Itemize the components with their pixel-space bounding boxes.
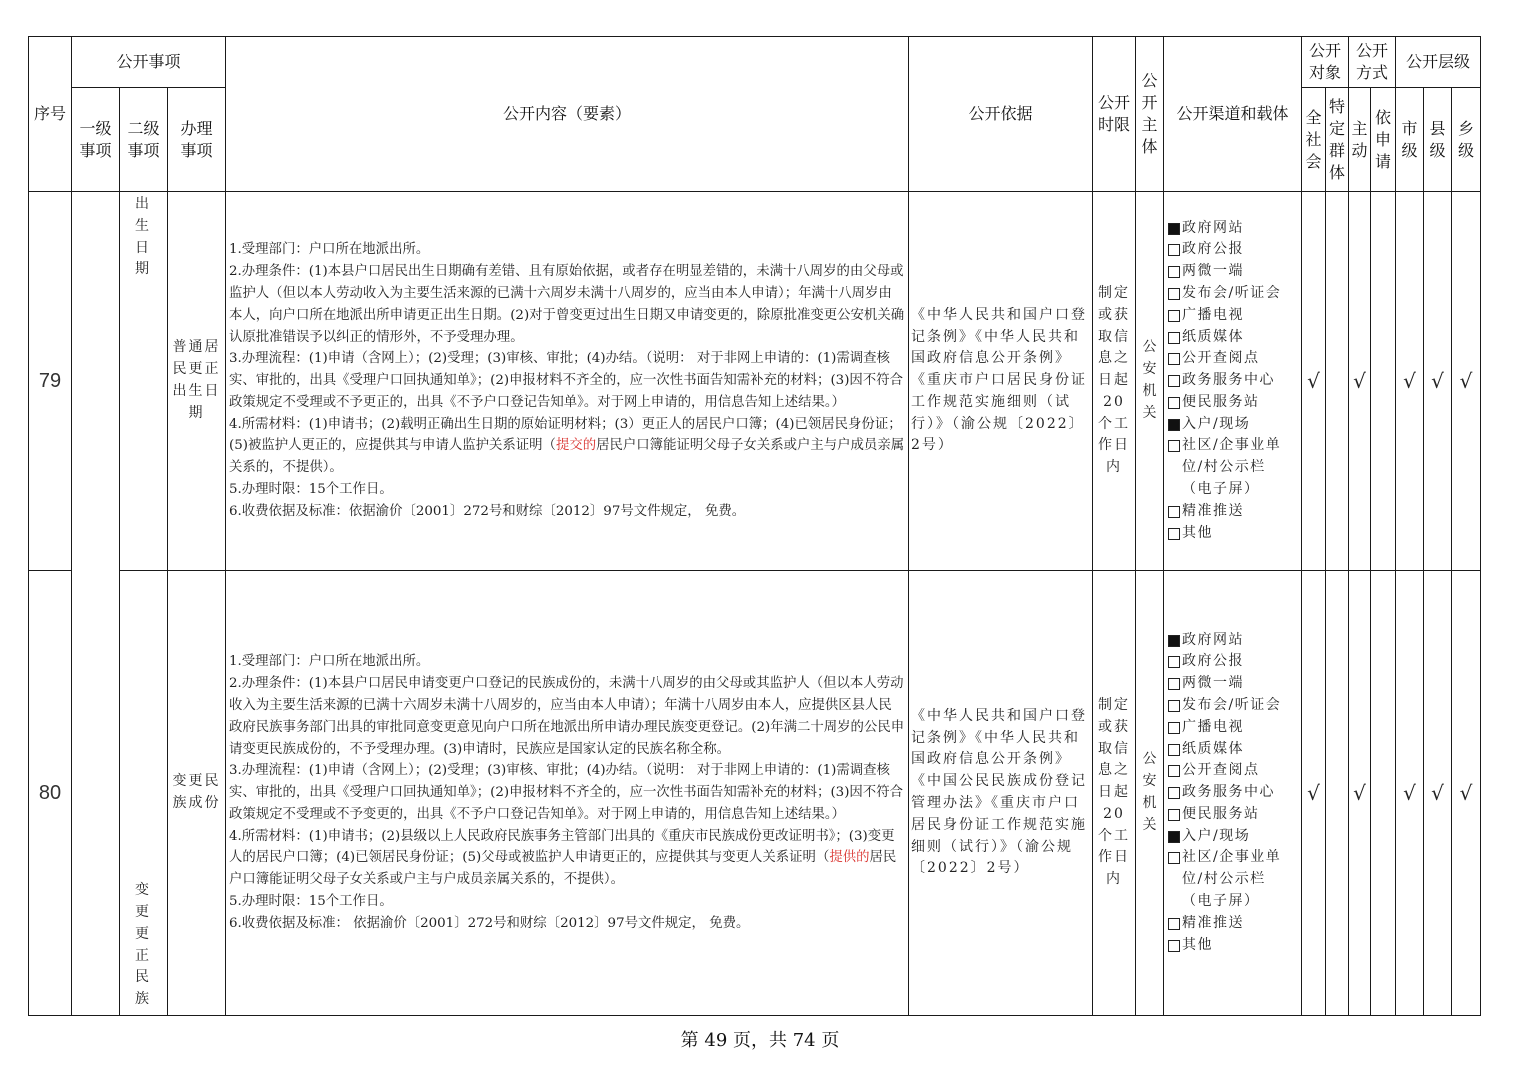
checkbox-unchecked-icon <box>1168 288 1180 300</box>
content-para-5: 5.办理时限：15个工作日。 <box>229 891 905 913</box>
table-row-79-method-request <box>1370 191 1396 571</box>
header-handling: 办理事项 <box>167 87 226 192</box>
header-channels: 公开渠道和载体 <box>1163 36 1302 192</box>
table-row-79-level-county: √ <box>1423 191 1452 571</box>
channel-label: 政务服务中心 <box>1182 370 1275 392</box>
checkbox-unchecked-icon <box>1168 397 1180 409</box>
checkbox-checked-icon <box>1168 419 1180 431</box>
checkbox-unchecked-icon <box>1168 787 1180 799</box>
table-row-79-subject: 公安机关 <box>1135 191 1164 571</box>
checkmark-icon: √ <box>1403 781 1416 805</box>
level1-merged-cell <box>71 191 120 1016</box>
content-para-6: 6.收费依据及标准： 依据渝价〔2001〕272号和财综〔2012〕97号文件规… <box>229 913 905 935</box>
header-level1: 一级事项 <box>71 87 120 192</box>
checkbox-unchecked-icon <box>1168 375 1180 387</box>
checkbox-unchecked-icon <box>1168 266 1180 278</box>
table-row-79-basis: 《中华人民共和国户口登记条例》《中华人民共和国政府信息公开条例》《重庆市户口居民… <box>908 191 1093 571</box>
channel-label: 政府网站 <box>1182 630 1244 652</box>
content-para-4-highlight: 提供的 <box>829 850 869 865</box>
content-para-2: 2.办理条件：(1)本县户口居民申请变更户口登记的民族成份的，未满十八周岁的由父… <box>229 673 905 760</box>
checkmark-icon: √ <box>1403 369 1416 393</box>
header-subject-label: 公开主体 <box>1141 70 1158 158</box>
table-row-80-content: 1.受理部门：户口所在地派出所。 2.办理条件：(1)本县户口居民申请变更户口登… <box>225 570 909 1016</box>
channel-label: 政府公报 <box>1182 651 1244 673</box>
channel-label: 政府公报 <box>1182 239 1244 261</box>
checkmark-icon: √ <box>1460 781 1473 805</box>
header-subject: 公开主体 <box>1135 36 1164 192</box>
channel-label: 精准推送 <box>1182 501 1244 523</box>
checkbox-unchecked-icon <box>1168 722 1180 734</box>
header-level2: 二级事项 <box>119 87 168 192</box>
channel-label: 社区/企事业单位/村公示栏（电子屏） <box>1182 847 1294 912</box>
header-target-specific: 特定群体 <box>1325 87 1349 192</box>
row-basis-text: 《中华人民共和国户口登记条例》《中华人民共和国政府信息公开条例》《中国公民民族成… <box>911 706 1090 880</box>
table-row-79-level-city: √ <box>1395 191 1424 571</box>
row-time-limit-text: 制定或获取信息之日起20个工作日内 <box>1098 283 1130 479</box>
channel-label: 发布会/听证会 <box>1182 283 1281 305</box>
channel-label: 政务服务中心 <box>1182 782 1275 804</box>
table-row-80-level2: 变更更正民族 <box>119 570 168 1016</box>
header-level-label: 公开层级 <box>1406 51 1470 73</box>
header-target-specific-label: 特定群体 <box>1329 96 1346 184</box>
channel-item: 其他 <box>1168 935 1213 957</box>
table-row-79-time-limit: 制定或获取信息之日起20个工作日内 <box>1092 191 1136 571</box>
page-number-footer: 第 49 页，共 74 页 <box>0 1026 1520 1052</box>
checkbox-unchecked-icon <box>1168 656 1180 668</box>
channel-item: 政务服务中心 <box>1168 370 1275 392</box>
channel-label: 其他 <box>1182 935 1213 957</box>
header-content-label: 公开内容（要素） <box>503 103 631 125</box>
row-seq-number: 80 <box>39 782 61 805</box>
row-time-limit-text: 制定或获取信息之日起20个工作日内 <box>1098 695 1130 891</box>
header-target-all-label: 全社会 <box>1305 107 1322 173</box>
content-para-1: 1.受理部门：户口所在地派出所。 <box>229 651 905 673</box>
checkbox-unchecked-icon <box>1168 440 1180 452</box>
table-row-80-subject: 公安机关 <box>1135 570 1164 1016</box>
checkbox-unchecked-icon <box>1168 244 1180 256</box>
header-basis: 公开依据 <box>908 36 1093 192</box>
channel-item: 社区/企事业单位/村公示栏（电子屏） <box>1168 435 1294 500</box>
channel-item: 两微一端 <box>1168 261 1244 283</box>
content-block: 1.受理部门：户口所在地派出所。 2.办理条件：(1)本县户口居民申请变更户口登… <box>229 651 905 934</box>
content-para-3: 3.办理流程：(1)申请（含网上）；(2)受理；(3)审核、审批；(4)办结。（… <box>229 348 905 413</box>
channel-item: 政府网站 <box>1168 218 1244 240</box>
channel-label: 社区/企事业单位/村公示栏（电子屏） <box>1182 435 1294 500</box>
checkbox-unchecked-icon <box>1168 940 1180 952</box>
header-channels-label: 公开渠道和载体 <box>1176 103 1288 125</box>
header-method-request: 依申请 <box>1370 87 1396 192</box>
table-row-79-level2: 出生日期 <box>119 191 168 571</box>
content-para-4: 4.所需材料：(1)申请书；(2)载明正确出生日期的原始证明材料；(3）更正人的… <box>229 414 905 479</box>
row-level2-label: 变更更正民族 <box>129 880 159 1011</box>
channel-label: 纸质媒体 <box>1182 739 1244 761</box>
checkbox-unchecked-icon <box>1168 332 1180 344</box>
header-target-all: 全社会 <box>1301 87 1326 192</box>
checkbox-unchecked-icon <box>1168 528 1180 540</box>
channel-item: 其他 <box>1168 523 1213 545</box>
header-method-active: 主动 <box>1348 87 1371 192</box>
table-row-80-time-limit: 制定或获取信息之日起20个工作日内 <box>1092 570 1136 1016</box>
channel-item: 政务服务中心 <box>1168 782 1275 804</box>
row-basis-text: 《中华人民共和国户口登记条例》《中华人民共和国政府信息公开条例》《重庆市户口居民… <box>911 305 1090 458</box>
checkbox-unchecked-icon <box>1168 918 1180 930</box>
checkmark-icon: √ <box>1307 781 1320 805</box>
channel-item: 公开查阅点 <box>1168 760 1260 782</box>
checkbox-unchecked-icon <box>1168 700 1180 712</box>
header-target: 公开对象 <box>1301 36 1349 88</box>
content-para-4-highlight: 提交的 <box>556 438 596 453</box>
checkbox-unchecked-icon <box>1168 310 1180 322</box>
header-level-town-label: 乡级 <box>1458 118 1475 162</box>
channel-item: 纸质媒体 <box>1168 327 1244 349</box>
table-row-79-seq: 79 <box>28 191 72 571</box>
table-row-80-target-specific <box>1325 570 1349 1016</box>
checkmark-icon: √ <box>1460 369 1473 393</box>
content-para-4-before: 4.所需材料：(1)申请书；(2)县级以上人民政府民族事务主管部门出具的《重庆市… <box>229 829 895 866</box>
channel-label: 发布会/听证会 <box>1182 695 1281 717</box>
content-para-5: 5.办理时限：15个工作日。 <box>229 479 905 501</box>
channel-item: 广播电视 <box>1168 305 1244 327</box>
header-method-label: 公开方式 <box>1354 40 1390 84</box>
channel-label: 公开查阅点 <box>1182 348 1260 370</box>
checkbox-unchecked-icon <box>1168 744 1180 756</box>
table-row-80-method-active: √ <box>1348 570 1371 1016</box>
header-public-matter-label: 公开事项 <box>116 51 180 73</box>
row-subject-text: 公安机关 <box>1142 337 1158 424</box>
header-time-limit-label: 公开时限 <box>1096 92 1132 136</box>
channel-item: 精准推送 <box>1168 501 1244 523</box>
channel-item: 广播电视 <box>1168 717 1244 739</box>
channel-label: 其他 <box>1182 523 1213 545</box>
channel-label: 精准推送 <box>1182 913 1244 935</box>
channel-item: 政府公报 <box>1168 239 1244 261</box>
table-row-80-target-all: √ <box>1301 570 1326 1016</box>
checkmark-icon: √ <box>1353 781 1366 805</box>
table-row-80-level-county: √ <box>1423 570 1452 1016</box>
table-row-79-target-all: √ <box>1301 191 1326 571</box>
table-row-80-level-city: √ <box>1395 570 1424 1016</box>
header-method: 公开方式 <box>1348 36 1396 88</box>
header-level1-label: 一级事项 <box>78 118 114 162</box>
table-row-80-handling: 变更民族成份 <box>167 570 226 1016</box>
table-row-79-handling: 普通居民更正出生日期 <box>167 191 226 571</box>
content-para-1: 1.受理部门：户口所在地派出所。 <box>229 239 905 261</box>
table-row-79-method-active: √ <box>1348 191 1371 571</box>
row-handling-label: 变更民族成份 <box>173 771 221 815</box>
content-para-2: 2.办理条件：(1)本县户口居民出生日期确有差错、且有原始依据，或者存在明显差错… <box>229 261 905 348</box>
table-row-79-channels: 政府网站 政府公报 两微一端 发布会/听证会 广播电视 纸质媒体 公开查阅点 政… <box>1163 191 1302 571</box>
header-public-matter: 公开事项 <box>71 36 226 88</box>
channel-item: 两微一端 <box>1168 673 1244 695</box>
header-method-active-label: 主动 <box>1351 118 1368 162</box>
header-level-city: 市级 <box>1395 87 1424 192</box>
table-row-79-target-specific <box>1325 191 1349 571</box>
row-seq-number: 79 <box>39 370 61 393</box>
row-subject-text: 公安机关 <box>1142 749 1158 836</box>
channel-item: 发布会/听证会 <box>1168 283 1281 305</box>
header-content: 公开内容（要素） <box>225 36 909 192</box>
header-level-county: 县级 <box>1423 87 1452 192</box>
header-level-city-label: 市级 <box>1401 118 1418 162</box>
channel-item: 便民服务站 <box>1168 804 1260 826</box>
channel-label: 公开查阅点 <box>1182 760 1260 782</box>
table-row-79-content: 1.受理部门：户口所在地派出所。 2.办理条件：(1)本县户口居民出生日期确有差… <box>225 191 909 571</box>
checkmark-icon: √ <box>1431 369 1444 393</box>
channel-label: 两微一端 <box>1182 261 1244 283</box>
checkmark-icon: √ <box>1307 369 1320 393</box>
channel-item: 公开查阅点 <box>1168 348 1260 370</box>
row-level2-label: 出生日期 <box>129 194 159 281</box>
channel-label: 广播电视 <box>1182 305 1244 327</box>
channel-item: 社区/企事业单位/村公示栏（电子屏） <box>1168 847 1294 912</box>
document-page: 序号 公开事项 一级事项 二级事项 办理事项 公开内容（要素） 公开依据 公开时… <box>0 0 1520 1074</box>
channel-label: 入户/现场 <box>1182 414 1250 436</box>
header-seq-label: 序号 <box>34 103 66 125</box>
header-level-county-label: 县级 <box>1429 118 1446 162</box>
content-para-4: 4.所需材料：(1)申请书；(2)县级以上人民政府民族事务主管部门出具的《重庆市… <box>229 826 905 891</box>
content-para-6: 6.收费依据及标准：依据渝价〔2001〕272号和财综〔2012〕97号文件规定… <box>229 501 905 523</box>
table-row-80-level-town: √ <box>1451 570 1481 1016</box>
checkbox-unchecked-icon <box>1168 506 1180 518</box>
channel-item: 发布会/听证会 <box>1168 695 1281 717</box>
header-handling-label: 办理事项 <box>179 118 215 162</box>
content-para-3: 3.办理流程：(1)申请（含网上）；(2)受理；(3)审核、审批；(4)办结。（… <box>229 760 905 825</box>
header-level-town: 乡级 <box>1451 87 1481 192</box>
header-level: 公开层级 <box>1395 36 1481 88</box>
channel-item: 入户/现场 <box>1168 414 1250 436</box>
channel-item: 政府网站 <box>1168 630 1244 652</box>
channel-label: 两微一端 <box>1182 673 1244 695</box>
table-row-80-method-request <box>1370 570 1396 1016</box>
checkbox-checked-icon <box>1168 635 1180 647</box>
table-row-80-channels: 政府网站 政府公报 两微一端 发布会/听证会 广播电视 纸质媒体 公开查阅点 政… <box>1163 570 1302 1016</box>
checkbox-unchecked-icon <box>1168 809 1180 821</box>
checkbox-unchecked-icon <box>1168 852 1180 864</box>
table-row-80-basis: 《中华人民共和国户口登记条例》《中华人民共和国政府信息公开条例》《中国公民民族成… <box>908 570 1093 1016</box>
checkbox-unchecked-icon <box>1168 678 1180 690</box>
channel-label: 政府网站 <box>1182 218 1244 240</box>
channel-label: 广播电视 <box>1182 717 1244 739</box>
channel-label: 便民服务站 <box>1182 392 1260 414</box>
channel-item: 政府公报 <box>1168 651 1244 673</box>
header-target-label: 公开对象 <box>1307 40 1343 84</box>
checkbox-unchecked-icon <box>1168 353 1180 365</box>
channel-label: 入户/现场 <box>1182 826 1250 848</box>
checkbox-checked-icon <box>1168 223 1180 235</box>
checkmark-icon: √ <box>1353 369 1366 393</box>
channel-item: 便民服务站 <box>1168 392 1260 414</box>
header-method-request-label: 依申请 <box>1375 107 1392 173</box>
checkbox-unchecked-icon <box>1168 765 1180 777</box>
channel-item: 精准推送 <box>1168 913 1244 935</box>
channel-label: 纸质媒体 <box>1182 327 1244 349</box>
header-seq: 序号 <box>28 36 72 192</box>
channel-item: 纸质媒体 <box>1168 739 1244 761</box>
header-basis-label: 公开依据 <box>968 103 1032 125</box>
table-row-79-level-town: √ <box>1451 191 1481 571</box>
checkbox-checked-icon <box>1168 831 1180 843</box>
content-block: 1.受理部门：户口所在地派出所。 2.办理条件：(1)本县户口居民出生日期确有差… <box>229 239 905 522</box>
checkmark-icon: √ <box>1431 781 1444 805</box>
header-time-limit: 公开时限 <box>1092 36 1136 192</box>
channel-item: 入户/现场 <box>1168 826 1250 848</box>
table-row-80-seq: 80 <box>28 570 72 1016</box>
channel-label: 便民服务站 <box>1182 804 1260 826</box>
header-level2-label: 二级事项 <box>126 118 162 162</box>
row-handling-label: 普通居民更正出生日期 <box>173 337 221 424</box>
